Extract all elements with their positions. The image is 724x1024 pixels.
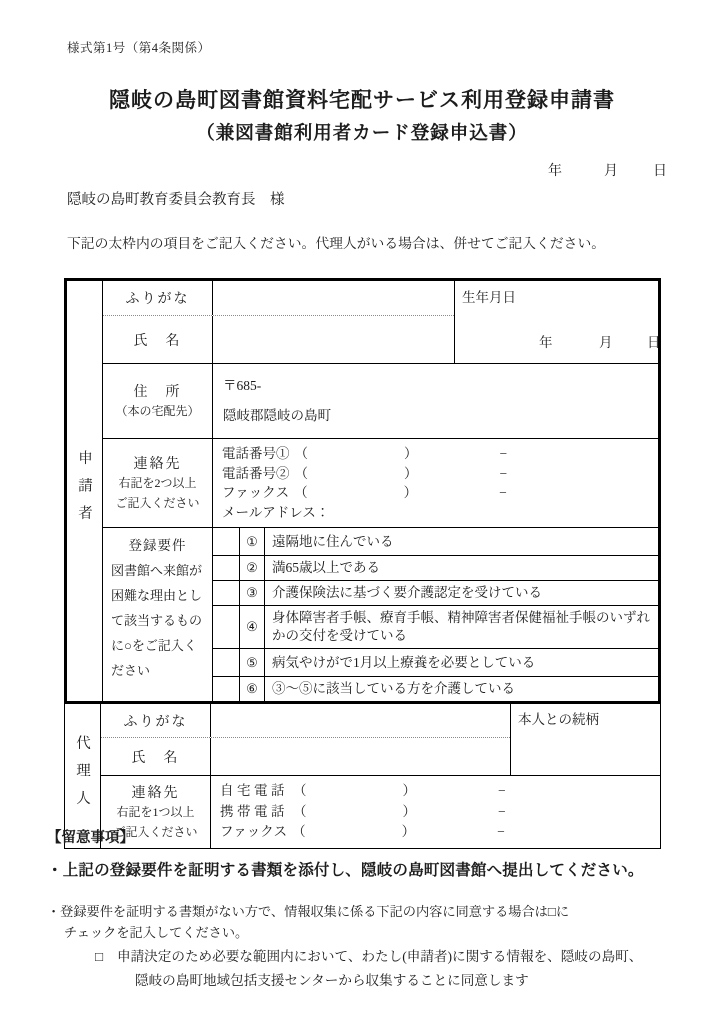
dash: − (498, 781, 506, 802)
proxy-section: 代理人 ふりがな 氏 名 (64, 704, 661, 849)
contact-label: 連絡先 (134, 453, 182, 473)
contact-note-1: 右記を2つ以上 (118, 473, 196, 493)
birth-month-label: 月 (599, 331, 613, 351)
requirement-row-4: ④ 身体障害者手帳、療育手帳、精神障害者保健福祉手帳のいずれかの交付を受けている (213, 605, 658, 648)
phone1-label: 電話番号① (222, 444, 290, 464)
mobile-phone-label: 携帯電話 (220, 802, 288, 823)
fax-line[interactable]: ファックス （ ） − (222, 483, 649, 503)
requirement-6-number: ⑥ (240, 677, 265, 701)
requirement-2-number: ② (240, 556, 265, 580)
proxy-name-group: ふりがな 氏 名 本人との続柄 (101, 704, 660, 775)
dash: − (500, 444, 508, 464)
page-title: 隠岐の島町図書館資料宅配サービス利用登録申請書 (0, 84, 724, 114)
consent-text-1: 申請決定のため必要な範囲内において、わたし(申請者)に関する情報を、隠岐の島町、 (117, 949, 642, 964)
birth-year-label: 年 (539, 331, 553, 351)
paren-open: （ (295, 464, 309, 484)
requirement-5-mark-cell[interactable] (213, 649, 240, 676)
applicant-section: 申請者 ふりがな 氏 名 (64, 278, 661, 704)
applicant-name-label-cell: 氏 名 (103, 316, 213, 363)
birth-day-label: 日 (647, 331, 661, 351)
requirements-note-line: 図書館へ来館が (105, 558, 210, 583)
consent-line-2: 隠岐の島町地域包括支援センターから収集することに同意します (95, 969, 675, 993)
paren-open: （ (293, 781, 307, 802)
proxy-name-label: 氏 名 (132, 747, 180, 767)
mobile-phone-line[interactable]: 携帯電話 （ ） − (220, 802, 651, 823)
requirement-5-text: 病気やけがで1月以上療養を必要としている (265, 649, 658, 676)
dash: − (498, 802, 506, 823)
requirements-note-line: 困難な理由とし (105, 583, 210, 608)
applicant-contact-input[interactable]: 電話番号① （ ） − 電話番号② （ ） − ファックス (213, 439, 658, 527)
applicant-contact-label-cell: 連絡先 右記を2つ以上 ご記入ください (103, 439, 213, 527)
date-month-label: 月 (604, 160, 618, 180)
submit-note: ・上記の登録要件を証明する書類を添付し、隠岐の島町図書館へ提出してください。 (47, 858, 707, 880)
no-document-note-line1: ・登録要件を証明する書類がない方で、情報収集に係る下記の内容に同意する場合は□に (47, 901, 569, 920)
address-label: 住 所 (134, 381, 182, 401)
applicant-name-group: ふりがな 氏 名 生年月日 (103, 281, 658, 363)
requirement-4-text: 身体障害者手帳、療育手帳、精神障害者保健福祉手帳のいずれかの交付を受けている (265, 606, 658, 648)
requirements-label-cell: 登録要件 図書館へ来館が 困難な理由とし て該当するもの に○をご記入く ださい (103, 528, 213, 701)
address-postal-prefix: 〒685- (223, 371, 648, 401)
requirement-2-mark-cell[interactable] (213, 556, 240, 580)
applicant-side-label: 申請者 (74, 450, 95, 533)
fax-label: ファックス (222, 483, 289, 503)
proxy-contact-note-1: 右記を1つ以上 (116, 802, 194, 822)
paren-close: ） (403, 802, 417, 823)
requirement-row-3: ③ 介護保険法に基づく要介護認定を受けている (213, 580, 658, 605)
paren-close: ） (402, 822, 416, 843)
requirement-1-text: 遠隔地に住んでいる (265, 528, 658, 555)
applicant-address-label-cell: 住 所 （本の宅配先） (103, 364, 213, 438)
applicant-name-input[interactable] (213, 316, 454, 363)
proxy-name-label-cell: 氏 名 (101, 738, 211, 775)
mail-line[interactable]: メールアドレス： (222, 503, 649, 523)
home-phone-line[interactable]: 自宅電話 （ ） − (220, 781, 651, 802)
birthdate-label: 生年月日 (462, 290, 516, 305)
application-form-page: 様式第1号（第4条関係） 隠岐の島町図書館資料宅配サービス利用登録申請書 （兼図… (0, 0, 724, 1024)
applicant-birthdate-input[interactable]: 生年月日 年 月 日 (454, 281, 658, 363)
requirement-1-mark-cell[interactable] (213, 528, 240, 555)
requirement-3-text: 介護保険法に基づく要介護認定を受けている (265, 581, 658, 605)
proxy-fax-label: ファックス (220, 822, 287, 843)
proxy-side-label: 代理人 (72, 735, 93, 818)
contact-note-2: ご記入ください (115, 493, 199, 513)
applicant-contact-row: 連絡先 右記を2つ以上 ご記入ください 電話番号① （ ） − 電話番号② (103, 438, 658, 527)
dash: − (499, 483, 507, 503)
applicant-side-label-cell: 申請者 (67, 281, 103, 701)
requirement-row-5: ⑤ 病気やけがで1月以上療養を必要としている (213, 648, 658, 676)
requirement-4-mark-cell[interactable] (213, 606, 240, 648)
requirement-row-6: ⑥ ③～⑤に該当している方を介護している (213, 676, 658, 701)
proxy-contact-row: 連絡先 右記を1つ以上 ご記入ください 自宅電話 （ ） − 携帯電話 (101, 775, 660, 848)
registration-table: 申請者 ふりがな 氏 名 (64, 278, 661, 849)
addressee-line: 隠岐の島町教育委員会教育長 様 (67, 188, 285, 209)
form-number: 様式第1号（第4条関係） (67, 38, 211, 56)
paren-close: ） (403, 781, 417, 802)
home-phone-label: 自宅電話 (220, 781, 288, 802)
address-sublabel: （本の宅配先） (115, 401, 199, 421)
applicant-furigana-label-cell: ふりがな (103, 281, 213, 315)
proxy-contact-label: 連絡先 (132, 782, 180, 802)
requirement-1-number: ① (240, 528, 265, 555)
applicant-requirements-row: 登録要件 図書館へ来館が 困難な理由とし て該当するもの に○をご記入く ださい… (103, 527, 658, 701)
proxy-furigana-label: ふりがな (124, 711, 188, 731)
applicant-address-row: 住 所 （本の宅配先） 〒685- 隠岐郡隠岐の島町 (103, 363, 658, 438)
requirement-3-number: ③ (240, 581, 265, 605)
requirement-6-mark-cell[interactable] (213, 677, 240, 701)
paren-close: ） (404, 444, 418, 464)
notes-header: 【留意事項】 (47, 826, 134, 847)
address-town-prefix: 隠岐郡隠岐の島町 (223, 401, 648, 431)
requirement-4-number: ④ (240, 606, 265, 648)
fill-instruction: 下記の太枠内の項目をご記入ください。代理人がいる場合は、併せてご記入ください。 (67, 232, 605, 252)
paren-close: ） (404, 464, 418, 484)
applicant-name-label: 氏 名 (134, 330, 182, 350)
applicant-address-input[interactable]: 〒685- 隠岐郡隠岐の島町 (213, 364, 658, 438)
consent-checkbox[interactable]: □ (95, 945, 110, 969)
paren-close: ） (404, 483, 418, 503)
requirement-row-1: ① 遠隔地に住んでいる (213, 528, 658, 555)
paren-open: （ (293, 802, 307, 823)
relation-label: 本人との続柄 (518, 712, 599, 727)
paren-open: （ (292, 822, 306, 843)
proxy-furigana-label-cell: ふりがな (101, 704, 211, 737)
requirement-5-number: ⑤ (240, 649, 265, 676)
requirements-note-line: て該当するもの (105, 608, 210, 633)
page-subtitle: （兼図書館利用者カード登録申込書） (0, 119, 724, 145)
paren-open: （ (294, 483, 308, 503)
date-year-label: 年 (548, 160, 562, 180)
no-document-note-line2: チェックを記入してください。 (64, 922, 248, 941)
paren-open: （ (295, 444, 309, 464)
requirements-label: 登録要件 (129, 534, 187, 554)
requirements-note-line: に○をご記入く (105, 633, 210, 658)
consent-block: □申請決定のため必要な範囲内において、わたし(申請者)に関する情報を、隠岐の島町… (95, 945, 675, 993)
consent-line-1: □申請決定のため必要な範囲内において、わたし(申請者)に関する情報を、隠岐の島町… (95, 945, 675, 969)
date-day-label: 日 (653, 160, 667, 180)
proxy-furigana-input[interactable] (211, 704, 510, 737)
dash: − (497, 822, 505, 843)
requirements-note-line: ださい (105, 658, 210, 683)
phone-line-1[interactable]: 電話番号① （ ） − (222, 444, 649, 464)
requirement-2-text: 満65歳以上である (265, 556, 658, 580)
proxy-fax-line[interactable]: ファックス （ ） − (220, 822, 651, 843)
applicant-furigana-label: ふりがな (126, 288, 190, 308)
mail-label: メールアドレス： (222, 503, 329, 523)
requirement-3-mark-cell[interactable] (213, 581, 240, 605)
applicant-furigana-input[interactable] (213, 281, 454, 315)
proxy-relation-input[interactable]: 本人との続柄 (510, 704, 660, 775)
requirement-6-text: ③～⑤に該当している方を介護している (265, 677, 658, 701)
requirement-row-2: ② 満65歳以上である (213, 555, 658, 580)
proxy-name-input[interactable] (211, 738, 510, 775)
proxy-contact-input[interactable]: 自宅電話 （ ） − 携帯電話 （ ） − ファックス (211, 776, 660, 848)
dash: − (500, 464, 508, 484)
phone2-label: 電話番号② (222, 464, 290, 484)
phone-line-2[interactable]: 電話番号② （ ） − (222, 464, 649, 484)
